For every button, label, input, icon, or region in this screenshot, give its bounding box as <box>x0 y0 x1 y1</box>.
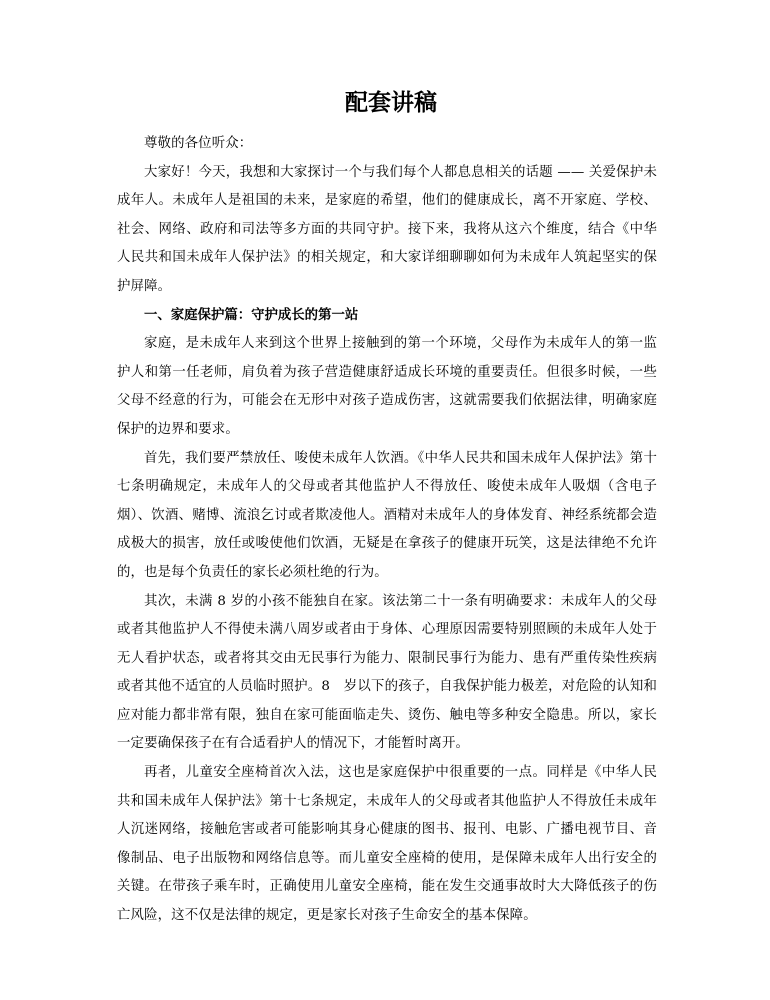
body-paragraph: 家庭，是未成年人来到这个世界上接触到的第一个环境，父母作为未成年人的第一监护人和… <box>117 330 657 444</box>
body-paragraph: 再者，儿童安全座椅首次入法，这也是家庭保护中很重要的一点。同样是《中华人民共和国… <box>117 759 657 931</box>
document-title: 配套讲稿 <box>117 86 657 120</box>
body-paragraph: 首先，我们要严禁放任、唆使未成年人饮酒。《中华人民共和国未成年人保护法》第十七条… <box>117 445 657 588</box>
document-page: 配套讲稿 尊敬的各位听众： 大家好！今天，我想和大家探讨一个与我们每个人都息息相… <box>117 86 657 931</box>
section-heading-family-protection: 一、家庭保护篇：守护成长的第一站 <box>117 302 657 331</box>
intro-paragraph: 大家好！今天，我想和大家探讨一个与我们每个人都息息相关的话题 —— 关爱保护未成… <box>117 159 657 302</box>
body-paragraph: 其次，未满 8 岁的小孩不能独自在家。该法第二十一条有明确要求：未成年人的父母或… <box>117 588 657 760</box>
greeting: 尊敬的各位听众： <box>117 130 657 159</box>
